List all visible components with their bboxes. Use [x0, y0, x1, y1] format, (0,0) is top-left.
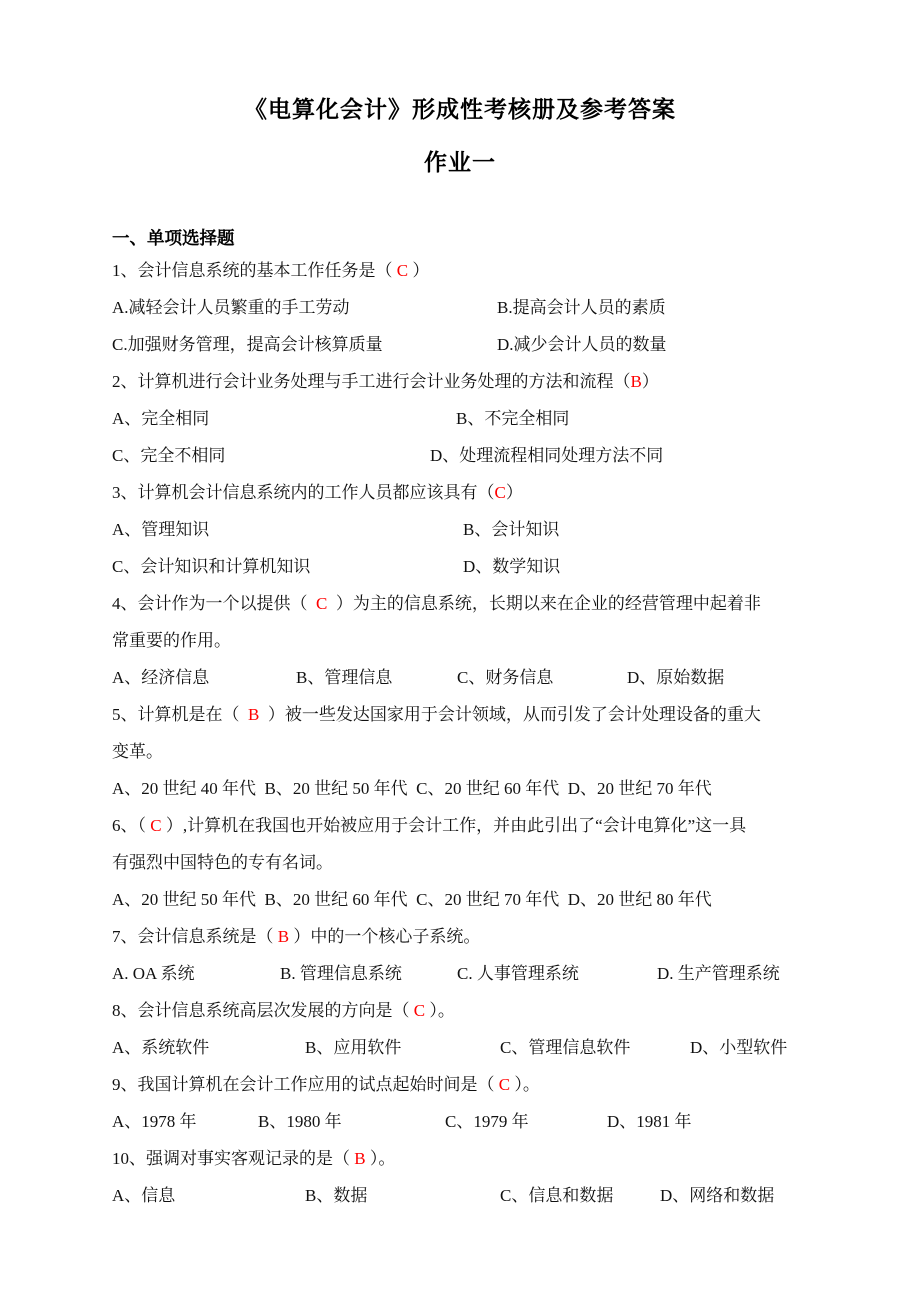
text-line: C、完全不相同D、处理流程相同处理方法不同	[112, 437, 832, 474]
text-segment: A、管理知识	[112, 520, 209, 539]
text-segment: ）	[408, 261, 429, 280]
text-segment: B、1980 年	[258, 1103, 342, 1140]
text-line: 9、我国计算机在会计工作应用的试点起始时间是（ C ）。	[112, 1066, 832, 1103]
text-segment: A、20 世纪 40 年代 B、20 世纪 50 年代 C、20 世纪 60 年…	[112, 779, 712, 798]
text-segment: D、原始数据	[627, 659, 724, 696]
text-segment: C、1979 年	[445, 1103, 529, 1140]
text-segment: 6、（	[112, 816, 150, 835]
answer-letter: C	[316, 594, 327, 613]
text-segment: B.提高会计人员的素质	[497, 289, 666, 326]
text-segment: A、信息	[112, 1186, 175, 1205]
assignment-subtitle: 作业一	[0, 145, 920, 179]
text-segment: 5、计算机是在（	[112, 705, 248, 724]
text-line: 10、强调对事实客观记录的是（ B ）。	[112, 1140, 832, 1177]
text-line: A.减轻会计人员繁重的手工劳动B.提高会计人员的素质	[112, 289, 832, 326]
text-line: C、会计知识和计算机知识D、数学知识	[112, 548, 832, 585]
text-segment: C、会计知识和计算机知识	[112, 557, 310, 576]
text-segment: 常重要的作用。	[112, 631, 231, 650]
text-segment: C、信息和数据	[500, 1177, 613, 1214]
text-segment: A、经济信息	[112, 668, 209, 687]
text-segment: D. 生产管理系统	[657, 955, 780, 992]
text-line: 4、会计作为一个以提供（ C ）为主的信息系统，长期以来在企业的经营管理中起着非	[112, 585, 832, 622]
text-line: A、1978 年B、1980 年C、1979 年D、1981 年	[112, 1103, 832, 1140]
text-segment: 变革。	[112, 742, 163, 761]
text-segment: A.减轻会计人员繁重的手工劳动	[112, 298, 350, 317]
text-segment: C、财务信息	[457, 659, 553, 696]
text-segment: D、处理流程相同处理方法不同	[430, 437, 663, 474]
text-line: 5、计算机是在（ B ）被一些发达国家用于会计领域，从而引发了会计处理设备的重大	[112, 696, 832, 733]
text-segment: ）,计算机在我国也开始被应用于会计工作，并由此引出了“会计电算化”这一具	[162, 816, 747, 835]
text-segment: D、1981 年	[607, 1103, 692, 1140]
text-segment: 3、计算机会计信息系统内的工作人员都应该具有（	[112, 483, 495, 502]
answer-letter: C	[495, 483, 506, 502]
text-line: 8、会计信息系统高层次发展的方向是（ C ）。	[112, 992, 832, 1029]
text-segment: A、20 世纪 50 年代 B、20 世纪 60 年代 C、20 世纪 70 年…	[112, 890, 712, 909]
answer-letter: C	[499, 1075, 510, 1094]
text-segment: 4、会计作为一个以提供（	[112, 594, 316, 613]
text-line: 3、计算机会计信息系统内的工作人员都应该具有（C）	[112, 474, 832, 511]
text-segment: D、网络和数据	[660, 1177, 774, 1214]
text-segment: B、管理信息	[296, 659, 392, 696]
text-segment: ）	[642, 372, 659, 391]
document-title: 《电算化会计》形成性考核册及参考答案	[0, 92, 920, 126]
text-segment: 9、我国计算机在会计工作应用的试点起始时间是（	[112, 1075, 499, 1094]
text-segment: A、完全相同	[112, 409, 209, 428]
text-segment: B、会计知识	[463, 511, 559, 548]
text-line: 6、（ C ）,计算机在我国也开始被应用于会计工作，并由此引出了“会计电算化”这…	[112, 807, 832, 844]
answer-letter: B	[278, 927, 289, 946]
answer-letter: C	[397, 261, 408, 280]
text-segment: 7、会计信息系统是（	[112, 927, 278, 946]
text-line: A、经济信息B、管理信息C、财务信息D、原始数据	[112, 659, 832, 696]
text-segment: ）。	[366, 1149, 396, 1168]
text-line: A、20 世纪 50 年代 B、20 世纪 60 年代 C、20 世纪 70 年…	[112, 881, 832, 918]
text-line: A. OA 系统B. 管理信息系统C. 人事管理系统D. 生产管理系统	[112, 955, 832, 992]
text-segment: C、管理信息软件	[500, 1029, 630, 1066]
text-segment: ）被一些发达国家用于会计领域，从而引发了会计处理设备的重大	[259, 705, 761, 724]
text-segment: A. OA 系统	[112, 964, 195, 983]
text-segment: C、完全不相同	[112, 446, 225, 465]
text-segment: 10、强调对事实客观记录的是（	[112, 1149, 354, 1168]
text-segment: B. 管理信息系统	[280, 955, 402, 992]
answer-letter: B	[631, 372, 642, 391]
text-segment: 2、计算机进行会计业务处理与手工进行会计业务处理的方法和流程（	[112, 372, 631, 391]
document-page: 《电算化会计》形成性考核册及参考答案 作业一 一、单项选择题 1、会计信息系统的…	[0, 0, 920, 1302]
text-segment: A、1978 年	[112, 1112, 197, 1131]
text-line: 7、会计信息系统是（ B ）中的一个核心子系统。	[112, 918, 832, 955]
document-lines: 1、会计信息系统的基本工作任务是（ C ）A.减轻会计人员繁重的手工劳动B.提高…	[112, 252, 832, 1214]
text-line: C.加强财务管理，提高会计核算质量D.减少会计人员的数量	[112, 326, 832, 363]
text-line: 2、计算机进行会计业务处理与手工进行会计业务处理的方法和流程（B）	[112, 363, 832, 400]
text-segment: ）为主的信息系统，长期以来在企业的经营管理中起着非	[327, 594, 761, 613]
text-line: A、完全相同B、不完全相同	[112, 400, 832, 437]
section-heading: 一、单项选择题	[112, 226, 920, 250]
text-segment: D、数学知识	[463, 548, 560, 585]
text-line: 变革。	[112, 733, 832, 770]
answer-letter: B	[248, 705, 259, 724]
text-segment: D.减少会计人员的数量	[497, 326, 667, 363]
text-line: A、管理知识B、会计知识	[112, 511, 832, 548]
text-segment: B、应用软件	[305, 1029, 401, 1066]
text-segment: ）。	[510, 1075, 540, 1094]
text-segment: A、系统软件	[112, 1038, 209, 1057]
answer-letter: C	[150, 816, 161, 835]
text-segment: 1、会计信息系统的基本工作任务是（	[112, 261, 397, 280]
text-segment: B、数据	[305, 1177, 367, 1214]
text-segment: ）中的一个核心子系统。	[289, 927, 480, 946]
text-segment: ）。	[425, 1001, 455, 1020]
text-line: A、信息B、数据C、信息和数据D、网络和数据	[112, 1177, 832, 1214]
text-segment: C. 人事管理系统	[457, 955, 579, 992]
text-line: 有强烈中国特色的专有名词。	[112, 844, 832, 881]
text-line: A、系统软件B、应用软件C、管理信息软件D、小型软件	[112, 1029, 832, 1066]
text-segment: B、不完全相同	[456, 400, 569, 437]
text-segment: C.加强财务管理，提高会计核算质量	[112, 335, 383, 354]
text-line: A、20 世纪 40 年代 B、20 世纪 50 年代 C、20 世纪 60 年…	[112, 770, 832, 807]
text-segment: 有强烈中国特色的专有名词。	[112, 853, 333, 872]
answer-letter: C	[414, 1001, 425, 1020]
text-line: 常重要的作用。	[112, 622, 832, 659]
answer-letter: B	[354, 1149, 365, 1168]
text-segment: ）	[506, 483, 523, 502]
text-segment: D、小型软件	[690, 1029, 787, 1066]
text-segment: 8、会计信息系统高层次发展的方向是（	[112, 1001, 414, 1020]
text-line: 1、会计信息系统的基本工作任务是（ C ）	[112, 252, 832, 289]
